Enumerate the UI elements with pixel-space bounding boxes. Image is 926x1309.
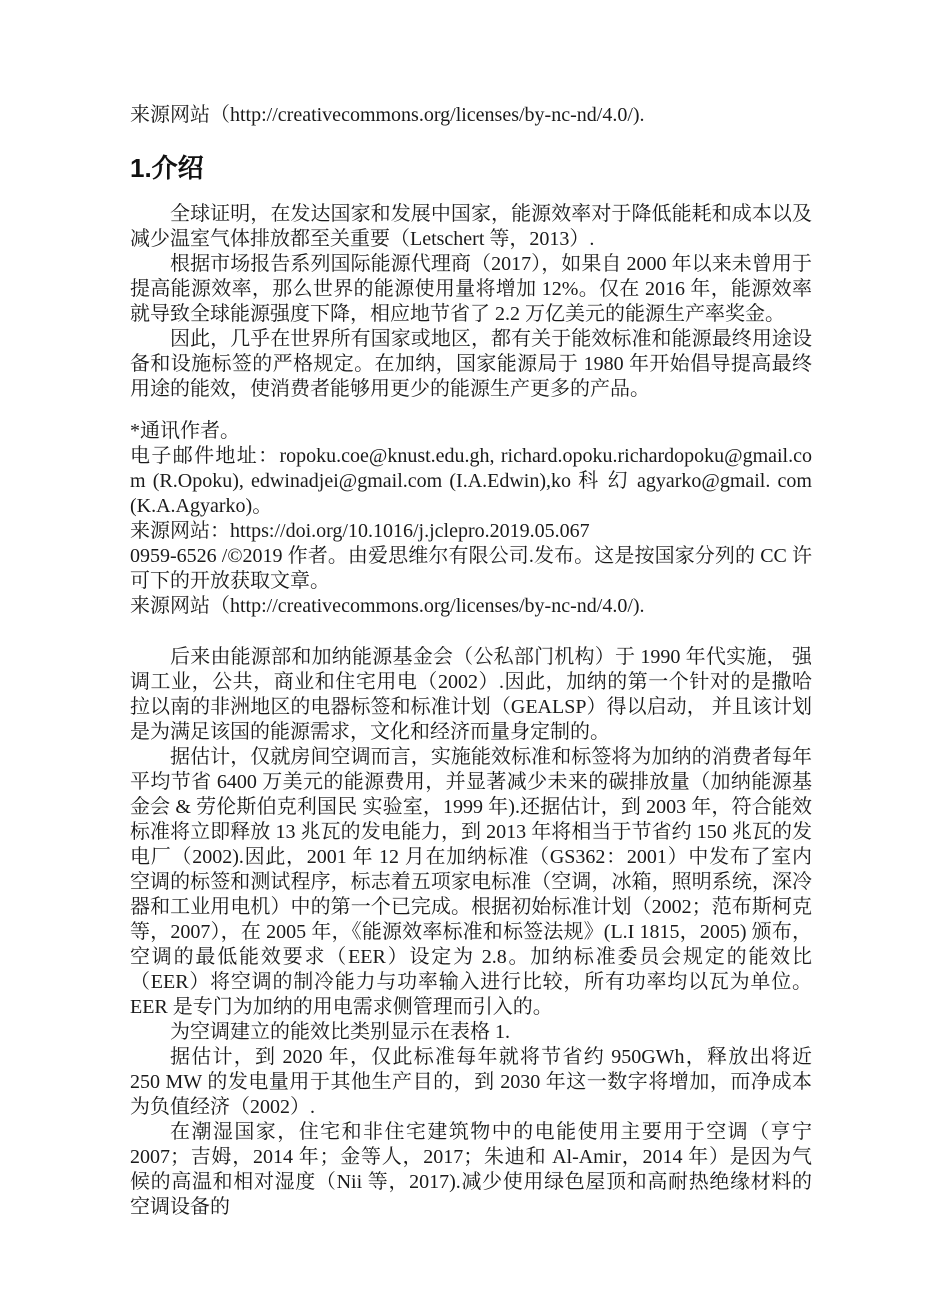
body-paragraph: 为空调建立的能效比类别显示在表格 1. (130, 1020, 812, 1045)
footnote-line: *通讯作者。 (130, 419, 812, 444)
footnote-line: 电子邮件地址：ropoku.coe@knust.edu.gh, richard.… (130, 444, 812, 519)
intro-paragraph: 全球证明，在发达国家和发展中国家，能源效率对于降低能耗和成本以及减少温室气体排放… (130, 202, 812, 252)
body-paragraph: 在潮湿国家，住宅和非住宅建筑物中的电能使用主要用于空调（亨宁 2007；吉姆，2… (130, 1120, 812, 1220)
body-paragraphs: 后来由能源部和加纳能源基金会（公私部门机构）于 1990 年代实施， 强调工业，… (130, 645, 812, 1220)
intro-paragraphs: 全球证明，在发达国家和发展中国家，能源效率对于降低能耗和成本以及减少温室气体排放… (130, 202, 812, 402)
footnote-block: *通讯作者。电子邮件地址：ropoku.coe@knust.edu.gh, ri… (130, 419, 812, 619)
body-paragraph: 后来由能源部和加纳能源基金会（公私部门机构）于 1990 年代实施， 强调工业，… (130, 645, 812, 745)
footnote-line: 来源网站（http://creativecommons.org/licenses… (130, 594, 812, 619)
top-license-source-line: 来源网站（http://creativecommons.org/licenses… (130, 103, 812, 128)
paper-page: 来源网站（http://creativecommons.org/licenses… (0, 0, 926, 1309)
intro-paragraph: 根据市场报告系列国际能源代理商（2017），如果自 2000 年以来未曾用于提高… (130, 252, 812, 327)
intro-paragraph: 因此，几乎在世界所有国家或地区，都有关于能效标准和能源最终用途设备和设施标签的严… (130, 327, 812, 402)
footnote-line: 0959-6526 /©2019 作者。由爱思维尔有限公司.发布。这是按国家分列… (130, 544, 812, 594)
footnote-line: 来源网站：https://doi.org/10.1016/j.jclepro.2… (130, 519, 812, 544)
body-paragraph: 据估计，仅就房间空调而言，实施能效标准和标签将为加纳的消费者每年平均节省 640… (130, 745, 812, 1020)
body-paragraph: 据估计，到 2020 年，仅此标准每年就将节省约 950GWh，释放出将近 25… (130, 1045, 812, 1120)
section-heading-introduction: 1.介绍 (130, 153, 812, 183)
